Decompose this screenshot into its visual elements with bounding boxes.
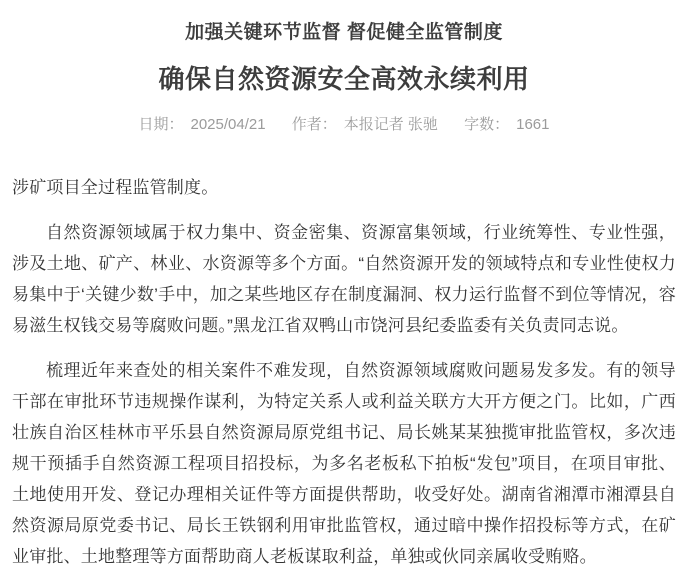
article-paragraph: 涉矿项目全过程监管制度。: [12, 172, 676, 203]
meta-date: 日期：2025/04/21: [138, 114, 265, 135]
meta-author-value: 本报记者 张驰: [344, 116, 438, 133]
meta-author: 作者：本报记者 张驰: [292, 114, 438, 135]
article-page: 加强关键环节监督 督促健全监管制度 确保自然资源安全高效永续利用 日期：2025…: [0, 0, 688, 570]
meta-date-label: 日期：: [138, 116, 183, 133]
meta-author-label: 作者：: [292, 116, 337, 133]
article-meta: 日期：2025/04/21 作者：本报记者 张驰 字数：1661: [0, 114, 688, 135]
article-subtitle: 加强关键环节监督 督促健全监管制度: [0, 20, 688, 46]
article-paragraph: 自然资源领域属于权力集中、资金密集、资源富集领域，行业统筹性、专业性强，涉及土地…: [12, 217, 676, 341]
article-title: 确保自然资源安全高效永续利用: [0, 62, 688, 96]
meta-date-value: 2025/04/21: [191, 116, 266, 133]
meta-wordcount-label: 字数：: [464, 116, 509, 133]
article-header: 加强关键环节监督 督促健全监管制度 确保自然资源安全高效永续利用 日期：2025…: [0, 0, 688, 135]
meta-wordcount-value: 1661: [516, 116, 549, 133]
article-body: 涉矿项目全过程监管制度。自然资源领域属于权力集中、资金密集、资源富集领域，行业统…: [0, 172, 688, 570]
article-paragraph: 梳理近年来查处的相关案件不难发现，自然资源领域腐败问题易发多发。有的领导干部在审…: [12, 355, 676, 570]
meta-wordcount: 字数：1661: [464, 114, 549, 135]
